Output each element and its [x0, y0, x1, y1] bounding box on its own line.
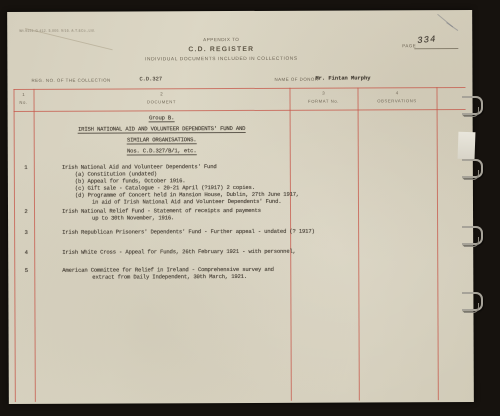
entry-line: Irish Republican Prisoners' Dependents' … — [62, 228, 352, 236]
entry-line: up to 30th November, 1916. — [92, 214, 352, 222]
entry-number: 4 — [20, 249, 32, 256]
register-entry: 3Irish Republican Prisoners' Dependents'… — [8, 227, 473, 229]
paper-edge-tab — [458, 132, 476, 160]
scanned-register-page: { "scan": { "paper_color": "#d9d3c1", "r… — [0, 0, 500, 416]
entry-line: Irish White Cross - Appeal for Funds, 26… — [62, 248, 352, 256]
entry-number: 2 — [20, 208, 32, 215]
entry-line: in aid of Irish National Aid and Volunte… — [92, 198, 352, 206]
register-entry: 5American Committee for Relief in Irelan… — [8, 265, 473, 267]
entry-text: Irish National Aid and Volunteer Depende… — [62, 163, 352, 206]
entry-number: 1 — [20, 164, 32, 171]
entry-text: American Committee for Relief in Ireland… — [62, 266, 352, 281]
register-entry: 1Irish National Aid and Volunteer Depend… — [8, 162, 473, 164]
register-entry: 4Irish White Cross - Appeal for Funds, 2… — [8, 247, 473, 249]
binder-ring — [462, 292, 483, 311]
entry-number: 5 — [20, 267, 32, 274]
register-sheet: Wt.9101-G.412. 5,000. 9/16. A.T.&Co.,Ltd… — [7, 10, 474, 404]
binder-ring — [462, 159, 483, 178]
entry-text: Irish National Relief Fund - Statement o… — [62, 207, 352, 222]
entry-text: Irish White Cross - Appeal for Funds, 26… — [62, 248, 352, 256]
binder-ring — [462, 226, 483, 245]
register-entry: 2Irish National Relief Fund - Statement … — [8, 206, 473, 208]
entry-line: extract from Daily Independent, 30th Mar… — [92, 273, 352, 281]
entries: 1Irish National Aid and Volunteer Depend… — [7, 10, 474, 404]
binder-ring — [462, 96, 483, 115]
entry-number: 3 — [20, 229, 32, 236]
entry-text: Irish Republican Prisoners' Dependents' … — [62, 228, 352, 236]
